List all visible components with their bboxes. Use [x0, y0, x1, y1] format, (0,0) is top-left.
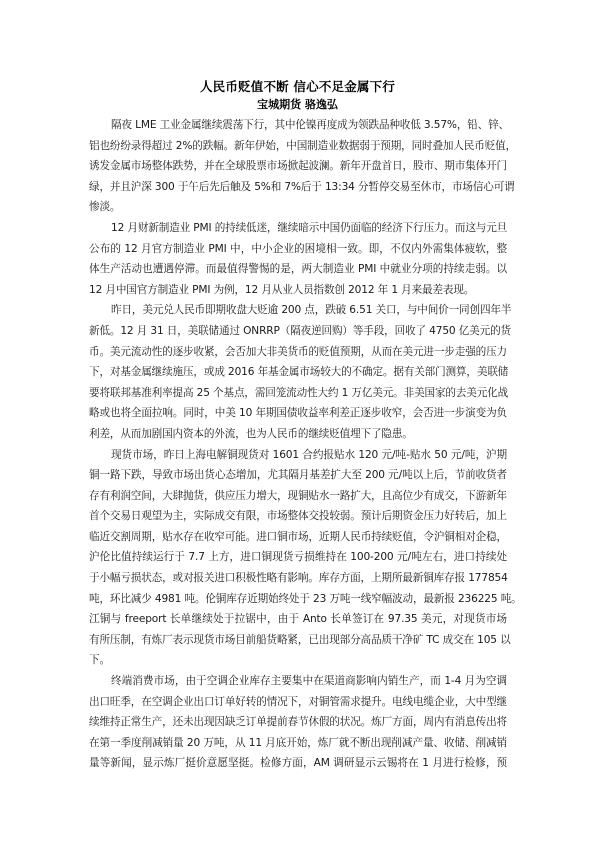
- paragraph: 现货市场，昨日上海电解铜现货对 1601 合约报贴水 120 元/吨-贴水 50…: [89, 445, 507, 672]
- text-line: 首个交易日观望为主，实际成交有限，市场整体交投较弱。预计后期资金压力好转后，加上: [89, 506, 507, 527]
- text-line: 续维持正常生产，还未出现因缺乏订单提前春节休假的状况。炼厂方面，周内有消息传出将: [89, 712, 507, 733]
- text-line: 要将联邦基准利率提高 25 个基点，需回笼流动性大约 1 万亿美元。非美国家的去…: [89, 383, 507, 404]
- text-line: 利差，从而加剧国内资本的外流，也为人民币的继续贬值埋下了隐患。: [89, 424, 507, 445]
- text-line: 出口旺季，在空调企业出口订单好转的情况下，对铜管需求提升。电线电缆企业，大中型继: [89, 692, 507, 713]
- document-title: 人民币贬值不断 信心不足金属下行: [0, 78, 595, 96]
- text-line: 沪伦比值持续运行于 7.7 上方，进口铜现货亏损维持在 100-200 元/吨左…: [89, 547, 507, 568]
- document-author: 宝城期货 骆逸弘: [0, 97, 595, 113]
- paragraph: 昨日，美元兑人民币即期收盘大贬逾 200 点，跌破 6.51 关口，与中间价一同…: [89, 300, 507, 444]
- text-line: 惨淡。: [89, 197, 507, 218]
- text-line: 存有利润空间，大肆抛货，供应压力增大，现铜贴水一路扩大，且高位少有成交，下游新年: [89, 486, 507, 507]
- text-line: 昨日，美元兑人民币即期收盘大贬逾 200 点，跌破 6.51 关口，与中间价一同…: [89, 300, 507, 321]
- text-line: 于小幅亏损状态，或对报关进口积极性略有影响。库存方面，上期所最新铜库存报 177…: [89, 568, 507, 589]
- text-line: 铜一路下跌，导致市场出货心态增加，尤其隔月基差扩大至 200 元/吨以上后，节前…: [89, 465, 507, 486]
- text-line: 诱发金属市场整体跌势，并在全球股票市场掀起波澜。新年开盘首日，股市、期市集体开门: [89, 156, 507, 177]
- text-line: 12 月财新制造业 PMI 的持续低迷，继续暗示中国仍面临的经济下行压力。而这与…: [89, 218, 507, 239]
- text-line: 有所压制，有炼厂表示现货市场目前船货略紧，已出现部分高品质干净矿 TC 成交在 …: [89, 630, 507, 651]
- text-line: 绿，并且沪深 300 于午后先后触及 5%和 7%后于 13:34 分暂停交易至…: [89, 177, 507, 198]
- text-line: 新低。12 月 31 日，美联储通过 ONRRP（隔夜逆回购）等手段，回收了 4…: [89, 321, 507, 342]
- document-page: 人民币贬值不断 信心不足金属下行 宝城期货 骆逸弘 隔夜 LME 工业金属继续震…: [0, 0, 595, 842]
- text-line: 江铜与 freeport 长单继续处于拉锯中，由于 Anto 长单签订在 97.…: [89, 609, 507, 630]
- paragraph: 隔夜 LME 工业金属继续震荡下行，其中伦镍再度成为领跌品种收低 3.57%，铅…: [89, 115, 507, 218]
- text-line: 下，对基金属继续施压，或成 2016 年基金属市场较大的不确定。据有关部门测算，…: [89, 362, 507, 383]
- text-line: 略或也将全面拉响。同时，中美 10 年期国债收益率利差正逐步收窄，会否进一步演变…: [89, 403, 507, 424]
- paragraph: 终端消费市场，由于空调企业库存主要集中在渠道商影响内销生产，而 1-4 月为空调…: [89, 671, 507, 774]
- text-line: 公布的 12 月官方制造业 PMI 中，中小企业的困境相一致。即，不仅内外需集体…: [89, 239, 507, 260]
- text-line: 体生产活动也遭遇停滞。而最值得警惕的是，两大制造业 PMI 中就业分项的持续走弱…: [89, 259, 507, 280]
- text-line: 铝也纷纷录得超过 2%的跌幅。新年伊始，中国制造业数据弱于预期，同时叠加人民币贬…: [89, 136, 507, 157]
- text-line: 下。: [89, 650, 507, 671]
- text-line: 12 月中国官方制造业 PMI 为例，12 月从业人员指数创 2012 年 1 …: [89, 280, 507, 301]
- paragraph: 12 月财新制造业 PMI 的持续低迷，继续暗示中国仍面临的经济下行压力。而这与…: [89, 218, 507, 300]
- text-line: 量等新闻，显示炼厂挺价意愿坚挺。检修方面，AM 调研显示云锡将在 1 月进行检修…: [89, 753, 507, 774]
- text-line: 临近交割周期，贴水存在收窄可能。进口铜市场，近期人民币持续贬值，令沪铜相对企稳，: [89, 527, 507, 548]
- text-line: 隔夜 LME 工业金属继续震荡下行，其中伦镍再度成为领跌品种收低 3.57%，铅…: [89, 115, 507, 136]
- document-body: 隔夜 LME 工业金属继续震荡下行，其中伦镍再度成为领跌品种收低 3.57%，铅…: [89, 115, 507, 774]
- text-line: 吨，环比减少 4981 吨。伦铜库存近期始终处于 23 万吨一线窄幅波动，最新报…: [89, 589, 507, 610]
- text-line: 币。美元流动性的逐步收紧，会否加大非美货币的贬值预期，从而在美元进一步走强的压力: [89, 342, 507, 363]
- text-line: 终端消费市场，由于空调企业库存主要集中在渠道商影响内销生产，而 1-4 月为空调: [89, 671, 507, 692]
- text-line: 现货市场，昨日上海电解铜现货对 1601 合约报贴水 120 元/吨-贴水 50…: [89, 445, 507, 466]
- text-line: 在第一季度削减销量 20 万吨，从 11 月底开始，炼厂就不断出现削减产量、收储…: [89, 733, 507, 754]
